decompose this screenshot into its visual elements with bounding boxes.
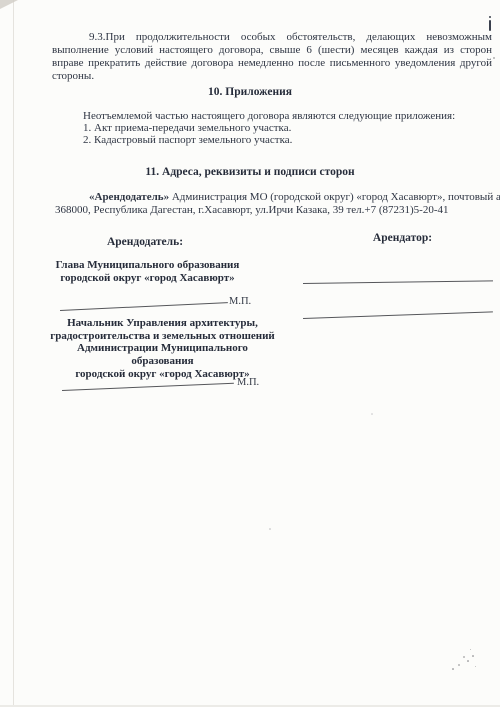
lessee-column-header: Арендатор:	[340, 232, 465, 244]
lessor-signatory-title-1: Глава Муниципального образования городск…	[55, 259, 240, 285]
section-10-heading: 10. Приложения	[0, 86, 500, 98]
lessor-signature-line-2	[62, 383, 234, 391]
seal-place-label-1: М.П.	[229, 296, 251, 307]
lessor-signatory-title-2: Начальник Управления архитектуры, градос…	[50, 317, 275, 381]
seal-place-label-2: М.П.	[237, 377, 259, 388]
page-corner-artifact	[0, 0, 18, 9]
section-11-heading: 11. Адреса, реквизиты и подписи сторон	[0, 166, 500, 178]
lessor-label: «Арендодатель»	[89, 191, 169, 203]
ink-mark-dot	[489, 16, 491, 18]
lessor-address-line-2: 368000, Республика Дагестан, г.Хасавюрт,…	[55, 204, 449, 216]
lessor-address-text: Администрация МО (городской округ) «горо…	[169, 191, 500, 203]
appendix-list: Неотъемлемой частью настоящего договора …	[83, 110, 455, 147]
appendix-item-1: 1. Акт приема-передачи земельного участк…	[83, 122, 455, 134]
lessee-signature-line-1	[303, 280, 493, 284]
lessee-signature-line-2	[303, 311, 493, 319]
scanned-contract-page: 9.3.При продолжительности особых обстоят…	[0, 0, 500, 707]
lessor-column-header: Арендодатель:	[85, 236, 205, 248]
ink-mark-stroke	[489, 20, 491, 31]
appendix-item-2: 2. Кадастровый паспорт земельного участк…	[83, 134, 455, 146]
scanner-edge-line	[13, 0, 14, 707]
appendix-intro: Неотъемлемой частью настоящего договора …	[83, 110, 455, 122]
lessor-address-line-1: «Арендодатель» Администрация МО (городск…	[52, 191, 500, 203]
clause-9-3-paragraph: 9.3.При продолжительности особых обстоят…	[52, 31, 492, 83]
lessor-signature-line-1	[60, 302, 228, 311]
